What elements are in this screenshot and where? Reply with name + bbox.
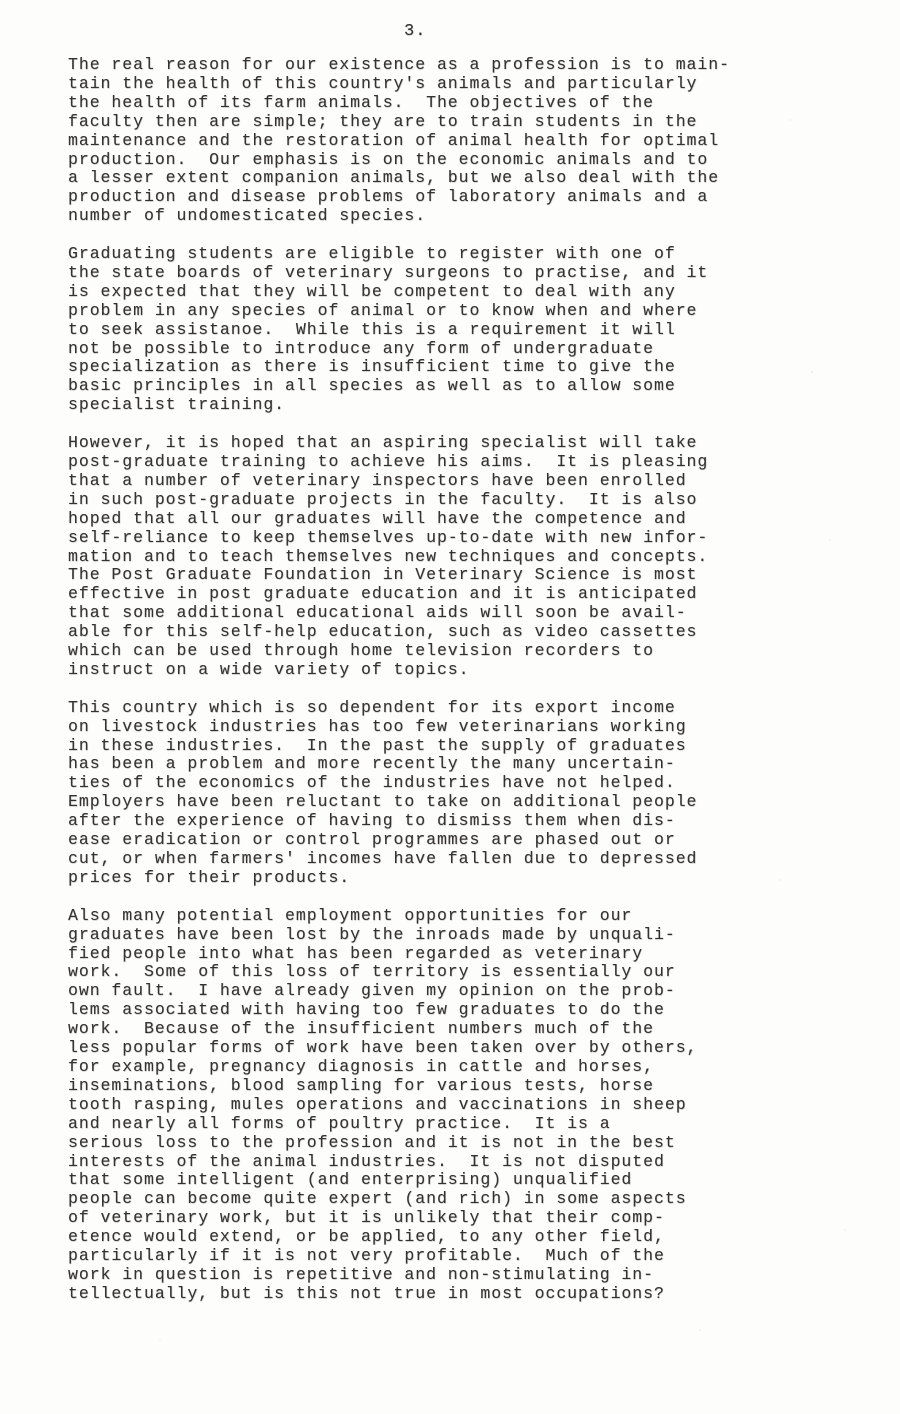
document-body: The real reason for our existence as a p…: [68, 56, 768, 1323]
paragraph-4: This country which is so dependent for i…: [68, 699, 768, 888]
page-number: 3.: [404, 22, 426, 41]
paragraph-1: The real reason for our existence as a p…: [68, 56, 768, 226]
scanned-document-page: { "page": { "number": "3.", "ink_color":…: [0, 0, 900, 1414]
paragraph-2: Graduating students are eligible to regi…: [68, 245, 768, 415]
paragraph-3: However, it is hoped that an aspiring sp…: [68, 434, 768, 680]
paragraph-5: Also many potential employment opportuni…: [68, 907, 768, 1304]
